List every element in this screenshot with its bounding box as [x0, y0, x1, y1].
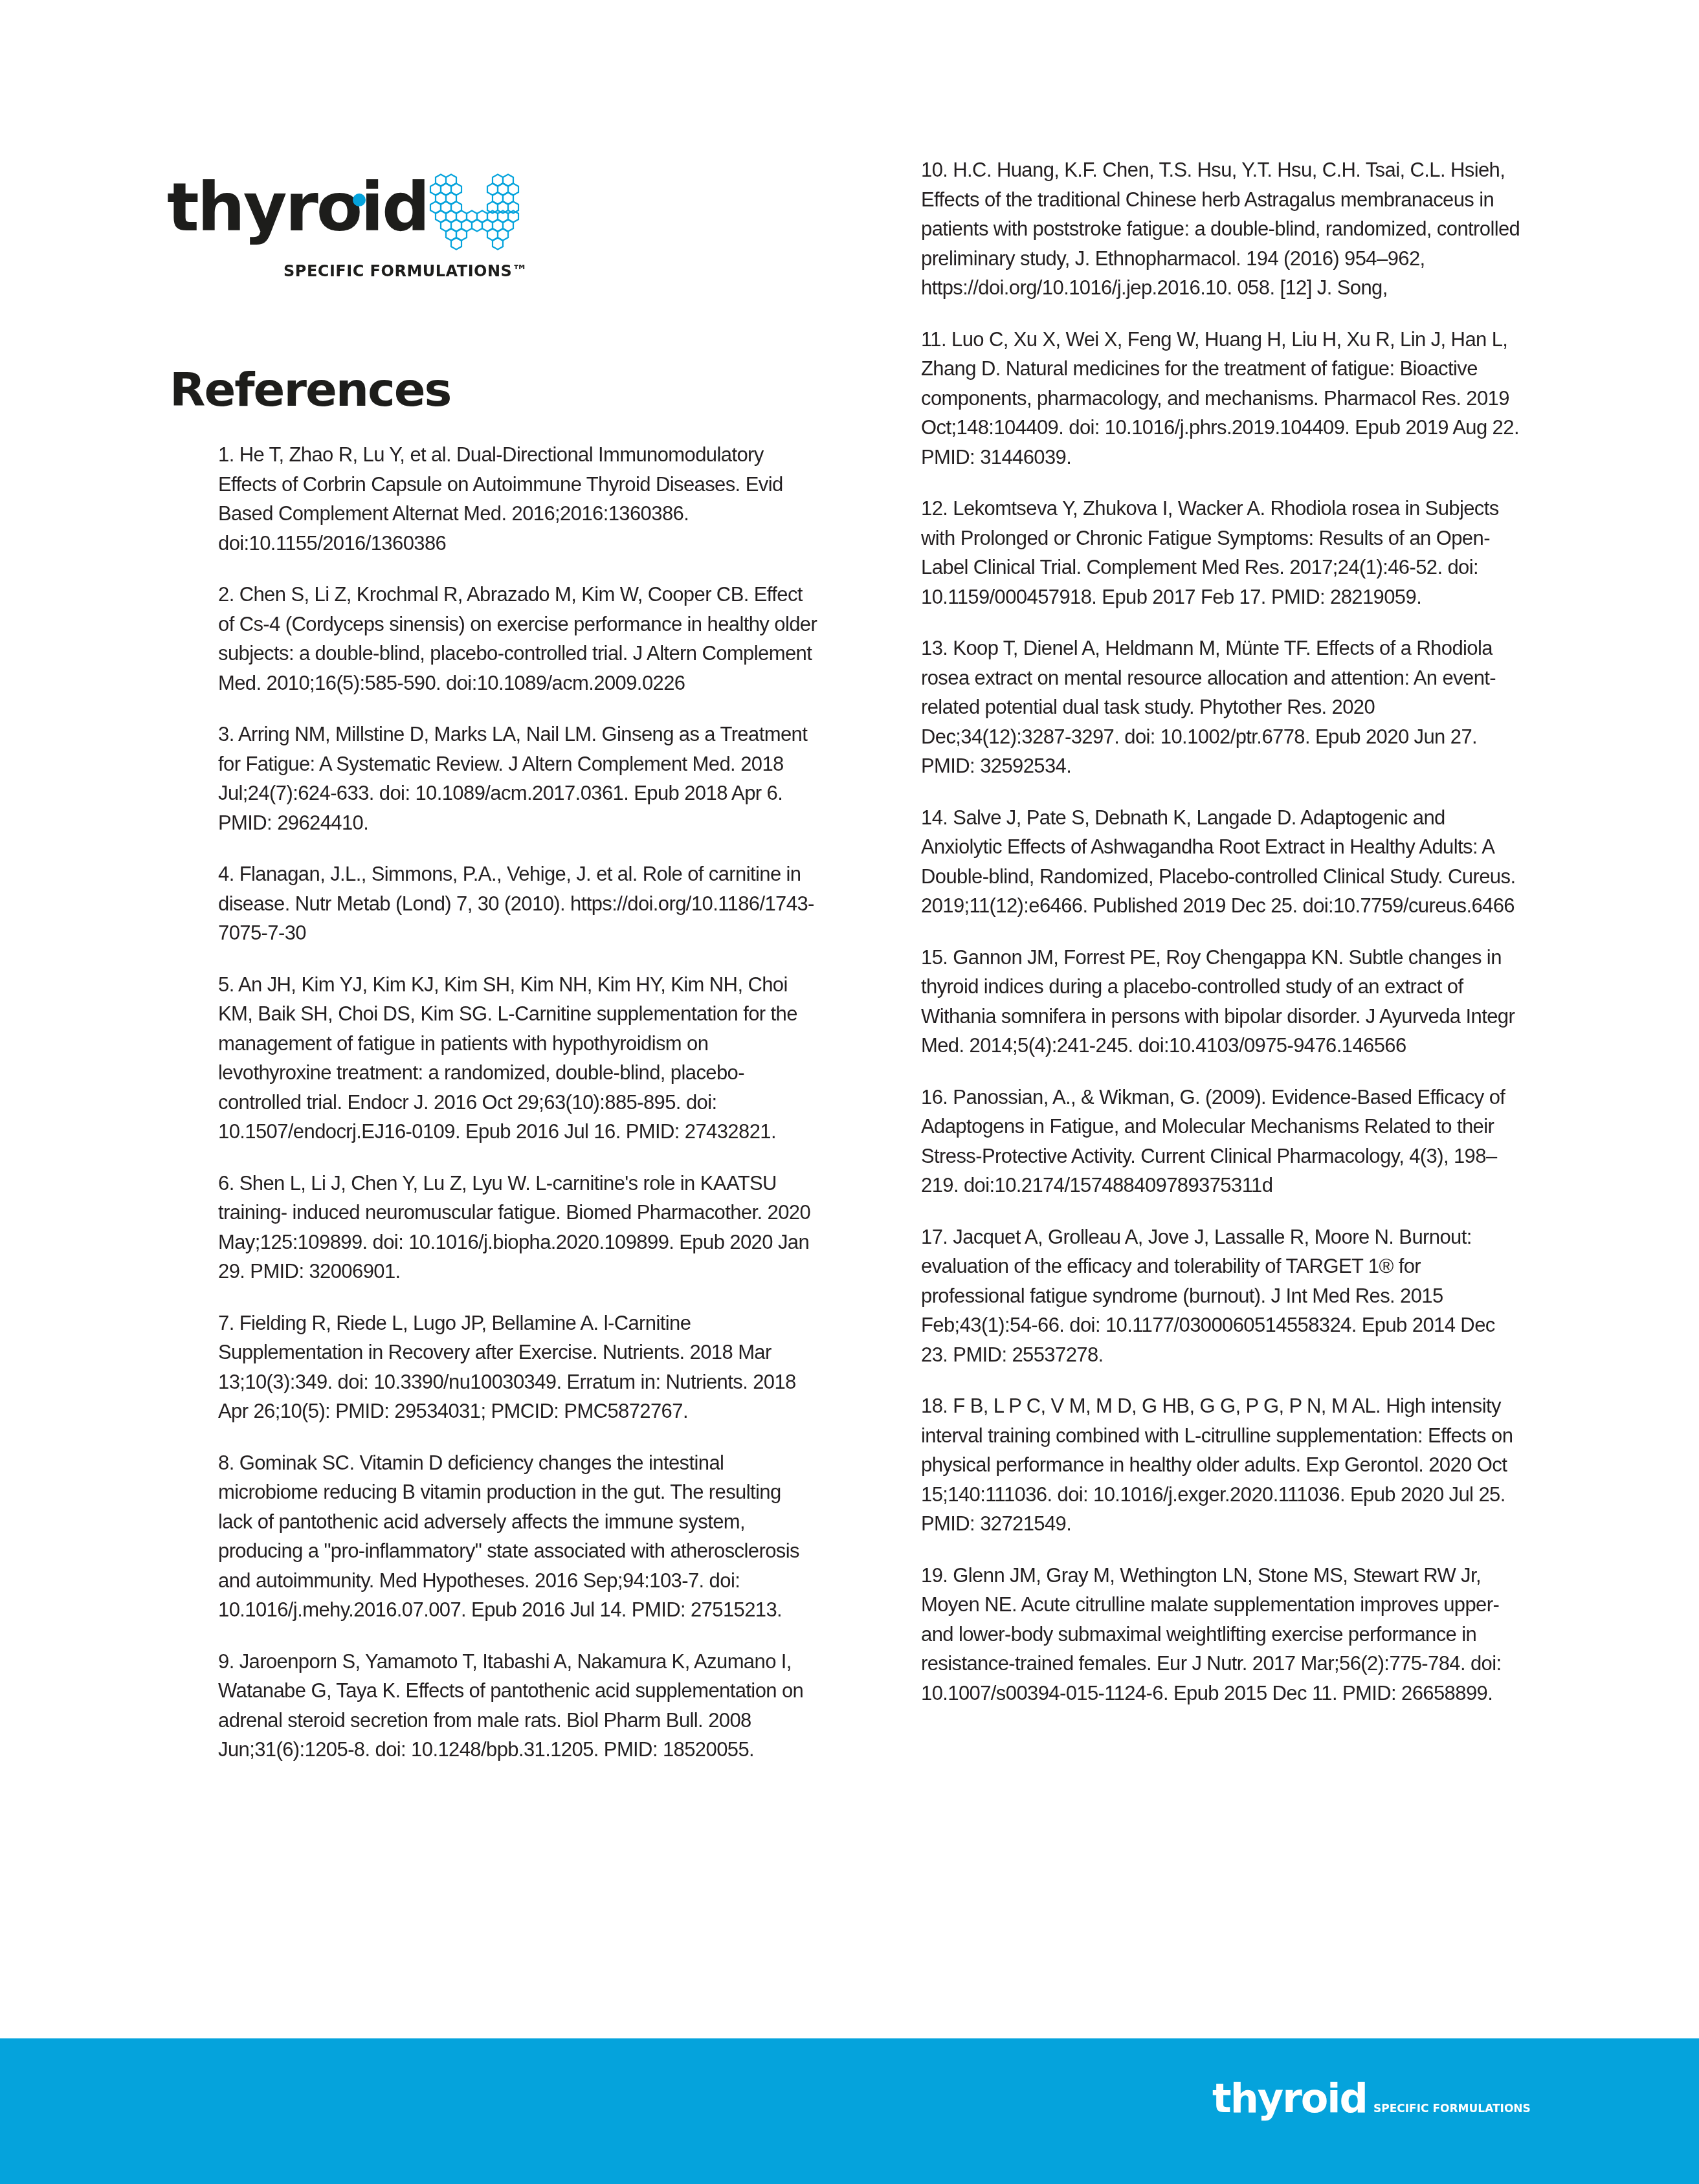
footer-logo: thyroid SPECIFIC FORMULATIONS	[1212, 2079, 1531, 2119]
reference-item: 7. Fielding R, Riede L, Lugo JP, Bellami…	[218, 1308, 820, 1426]
references-column-left: 1. He T, Zhao R, Lu Y, et al. Dual-Direc…	[218, 440, 820, 1787]
logo-tagline: SPECIFIC FORMULATIONS™	[283, 262, 528, 280]
footer-band: thyroid SPECIFIC FORMULATIONS	[0, 2038, 1699, 2184]
reference-item: 17. Jacquet A, Grolleau A, Jove J, Lassa…	[921, 1222, 1526, 1370]
reference-item: 9. Jaroenporn S, Yamamoto T, Itabashi A,…	[218, 1647, 820, 1765]
reference-item: 2. Chen S, Li Z, Krochmal R, Abrazado M,…	[218, 580, 820, 698]
reference-item: 11. Luo C, Xu X, Wei X, Feng W, Huang H,…	[921, 325, 1526, 472]
reference-item: 5. An JH, Kim YJ, Kim KJ, Kim SH, Kim NH…	[218, 970, 820, 1147]
reference-item: 10. H.C. Huang, K.F. Chen, T.S. Hsu, Y.T…	[921, 155, 1526, 303]
logo-dot-accent	[353, 193, 366, 206]
references-column-right: 10. H.C. Huang, K.F. Chen, T.S. Hsu, Y.T…	[921, 155, 1526, 1730]
reference-item: 13. Koop T, Dienel A, Heldmann M, Münte …	[921, 634, 1526, 781]
reference-item: 14. Salve J, Pate S, Debnath K, Langade …	[921, 803, 1526, 921]
reference-item: 8. Gominak SC. Vitamin D deficiency chan…	[218, 1448, 820, 1625]
footer-logo-tagline: SPECIFIC FORMULATIONS	[1373, 2102, 1531, 2115]
reference-item: 12. Lekomtseva Y, Zhukova I, Wacker A. R…	[921, 494, 1526, 612]
reference-item: 19. Glenn JM, Gray M, Wethington LN, Sto…	[921, 1561, 1526, 1708]
footer-logo-wordmark: thyroid	[1212, 2079, 1367, 2119]
hexagon-lattice-icon	[429, 173, 520, 251]
reference-item: 6. Shen L, Li J, Chen Y, Lu Z, Lyu W. L-…	[218, 1169, 820, 1286]
reference-item: 1. He T, Zhao R, Lu Y, et al. Dual-Direc…	[218, 440, 820, 558]
reference-item: 16. Panossian, A., & Wikman, G. (2009). …	[921, 1083, 1526, 1200]
logo-wordmark: thyroid	[167, 173, 428, 241]
reference-item: 4. Flanagan, J.L., Simmons, P.A., Vehige…	[218, 859, 820, 948]
reference-item: 15. Gannon JM, Forrest PE, Roy Chengappa…	[921, 943, 1526, 1061]
reference-item: 3. Arring NM, Millstine D, Marks LA, Nai…	[218, 720, 820, 837]
reference-item: 18. F B, L P C, V M, M D, G HB, G G, P G…	[921, 1391, 1526, 1539]
page-title: References	[170, 362, 450, 417]
brand-logo: thyroid	[167, 173, 536, 283]
